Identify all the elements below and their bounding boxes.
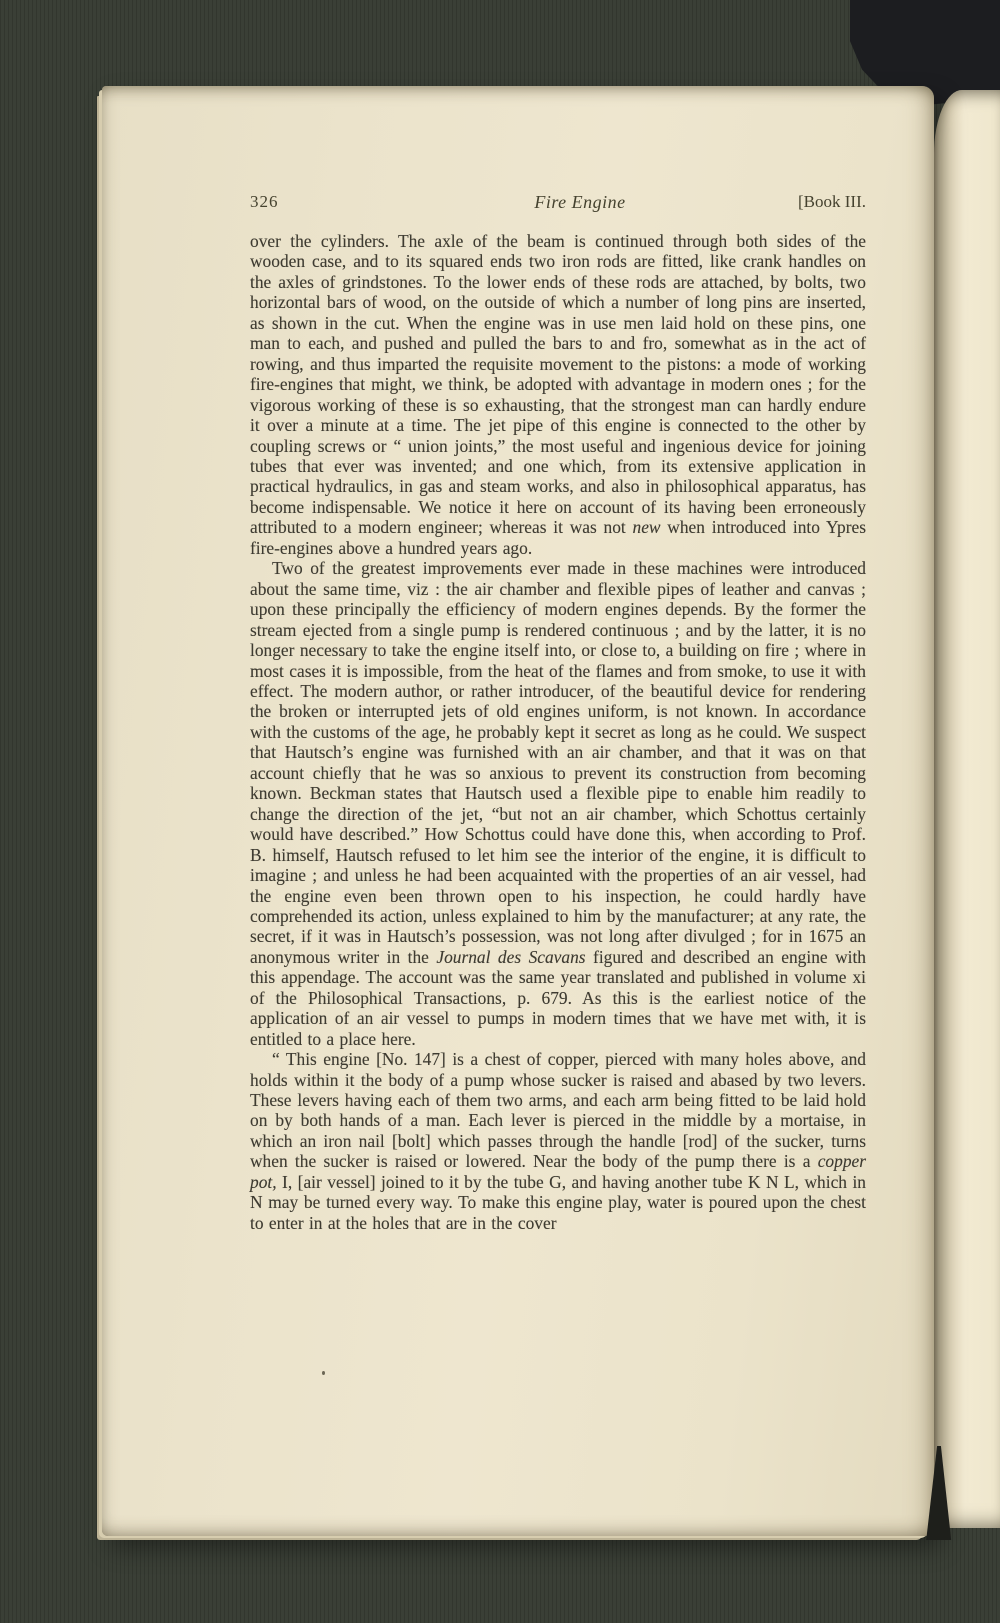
italic-journal-title: Journal des Scavans (436, 947, 585, 967)
running-header: 326 Fire Engine [Book III. (250, 192, 866, 216)
text-run: over the cylinders. The axle of the beam… (250, 231, 866, 537)
text-run: “ This engine [No. 147] is a chest of co… (250, 1049, 866, 1171)
book-page: 326 Fire Engine [Book III. over the cyli… (102, 86, 934, 1536)
text-run: I, [air vessel] joined to it by the tube… (250, 1172, 866, 1233)
paragraph-1: over the cylinders. The axle of the beam… (250, 231, 866, 558)
running-title: Fire Engine (250, 192, 866, 213)
paragraph-3: “ This engine [No. 147] is a chest of co… (250, 1049, 866, 1233)
page-body-text: over the cylinders. The axle of the beam… (250, 231, 866, 1233)
stray-ink-dot (322, 1371, 325, 1375)
paragraph-2: Two of the greatest improvements ever ma… (250, 558, 866, 1049)
next-page-fore-edge (934, 90, 1000, 1528)
text-run: Two of the greatest improvements ever ma… (250, 558, 866, 967)
scanned-book-photo: 326 Fire Engine [Book III. over the cyli… (0, 0, 1000, 1623)
italic-term: new (633, 517, 661, 537)
